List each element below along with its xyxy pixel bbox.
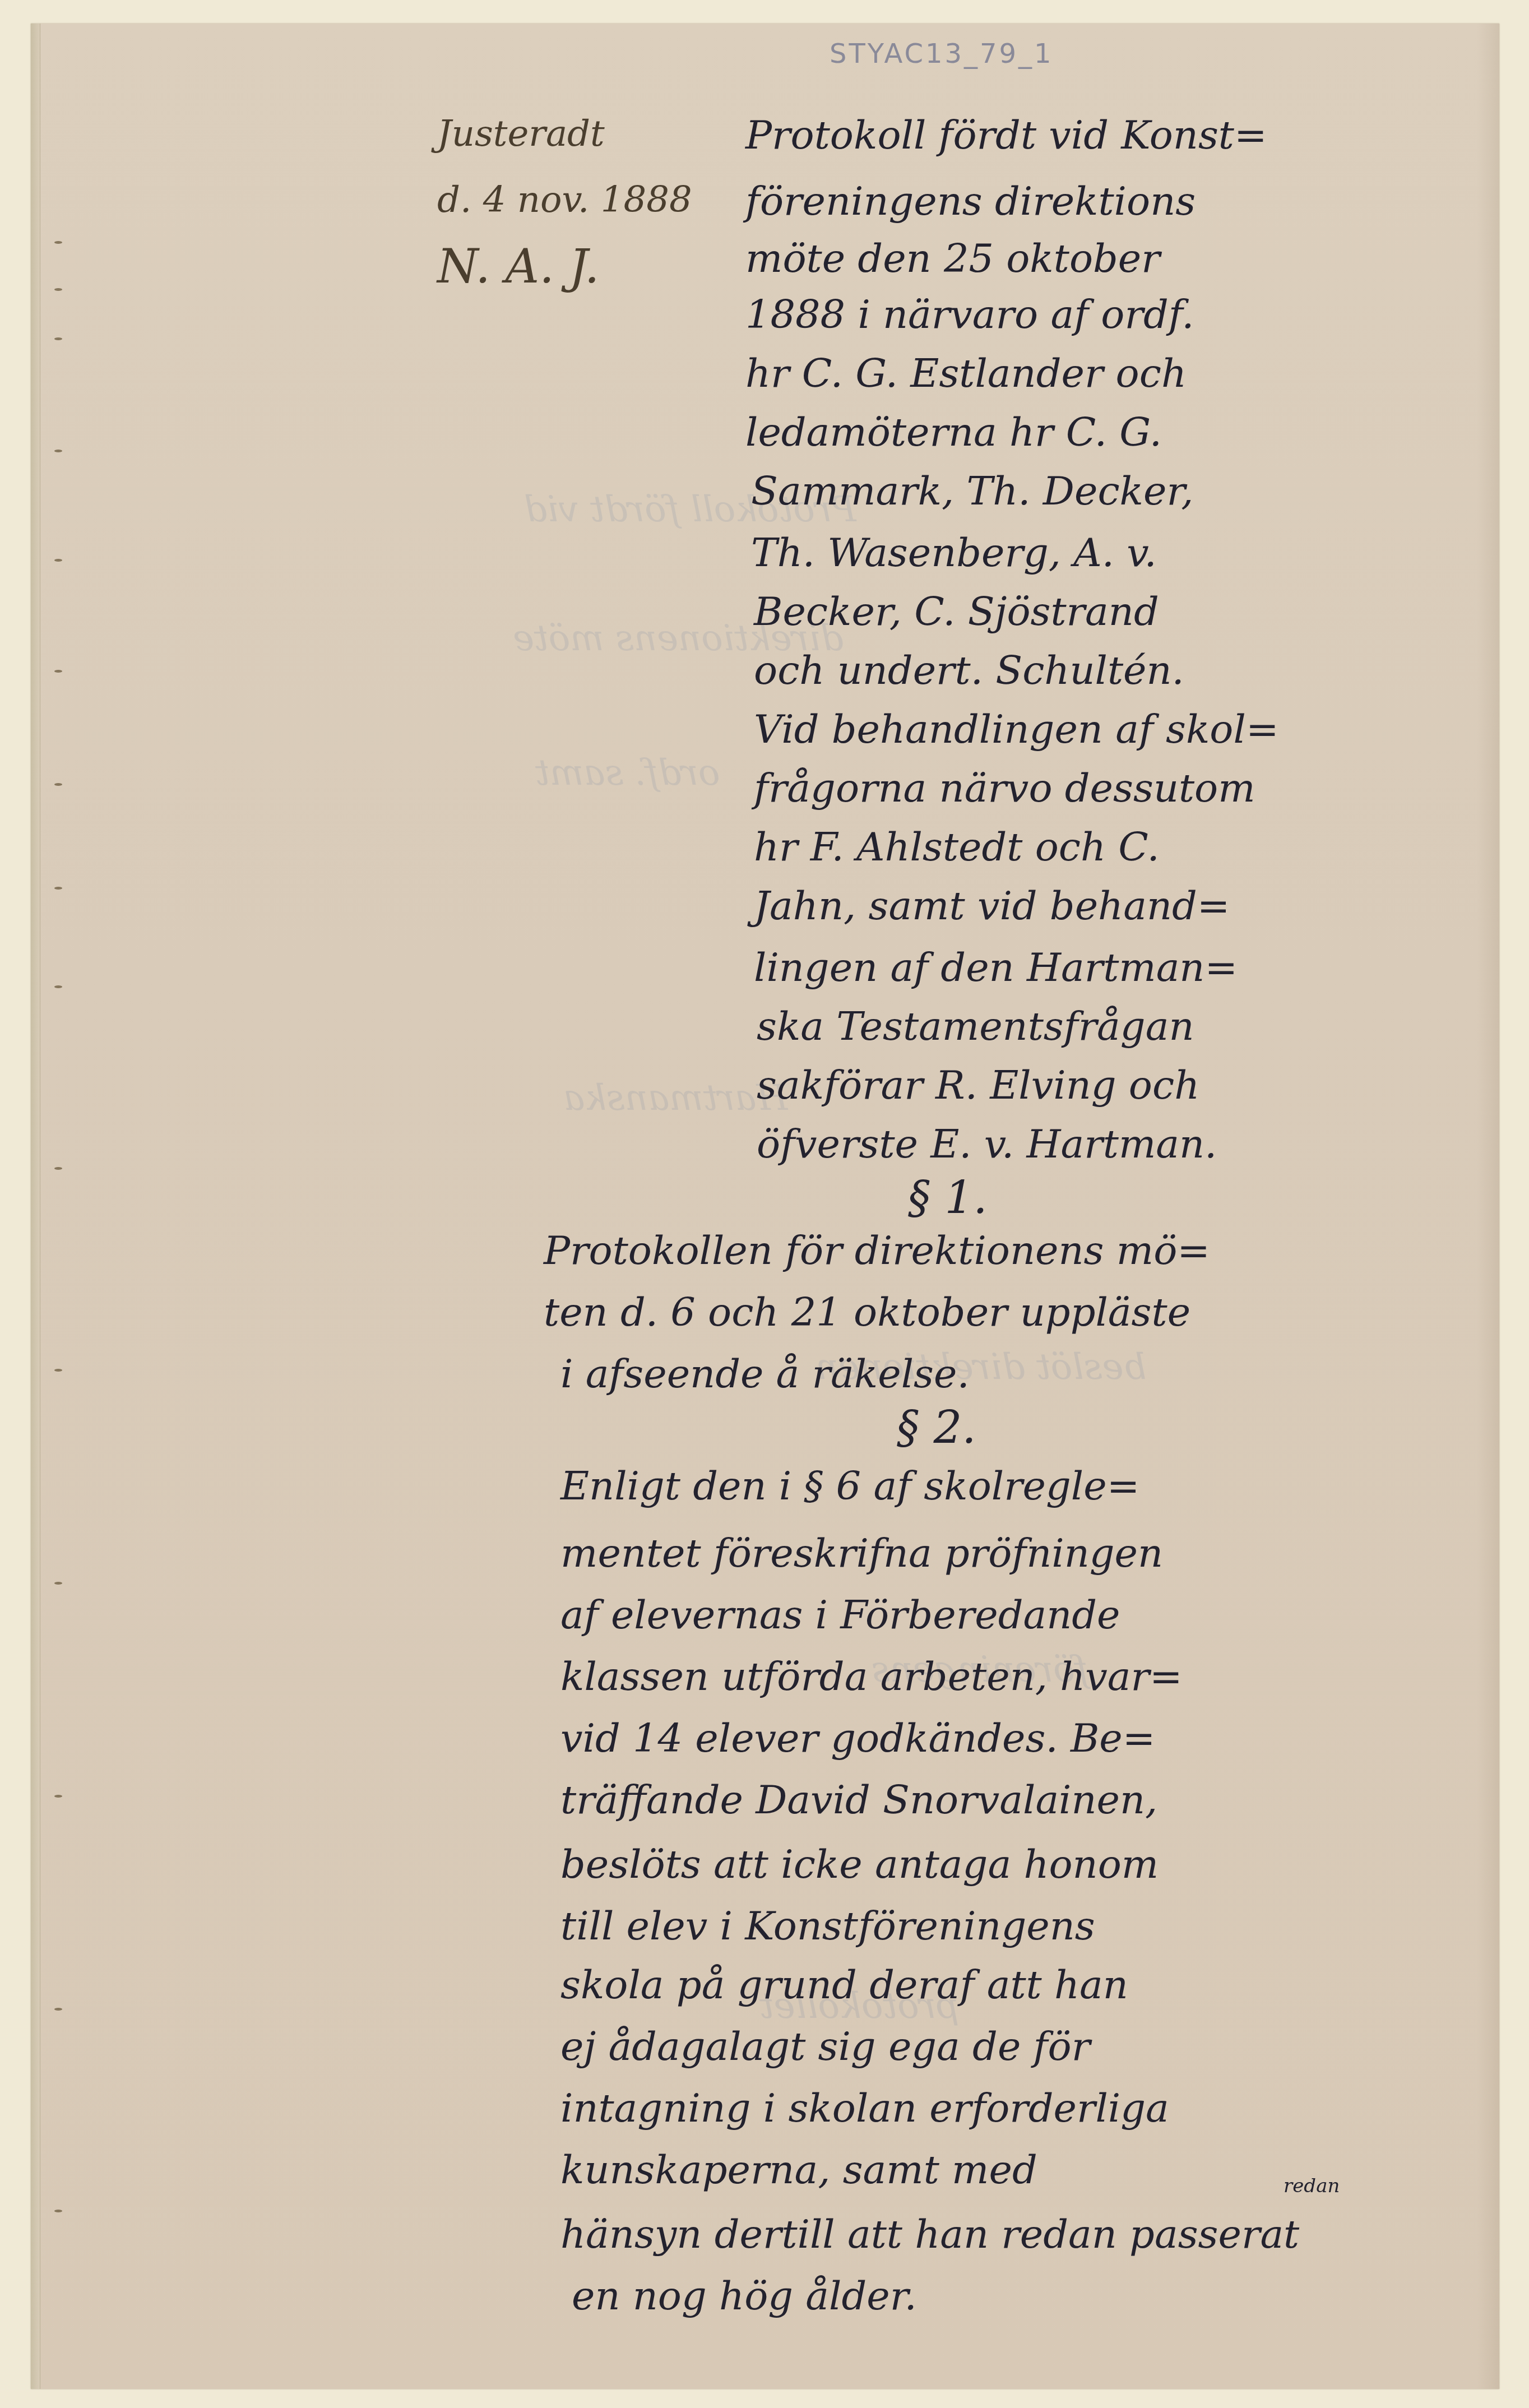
header-line: öfverste E. v. Hartman. [757,1121,1217,1167]
margin-approval-note: Justeradt d. 4 nov. 1888 N. A. J. [437,101,706,299]
binding-hole [54,1582,62,1585]
binding-hole [54,337,62,340]
header-line: möte den 25 oktober [745,235,1160,281]
section-2-line: af elevernas i Förberedande [560,1592,1120,1638]
section-2-line: kunskaperna, samt med [560,2147,1037,2193]
header-line: Jahn, samt vid behand= [754,883,1230,929]
section-2-line: intagning i skolan erforderliga [560,2085,1169,2131]
section-heading-1: § 1. [908,1171,988,1224]
binding-hole [54,241,62,244]
binding-hole [54,450,62,452]
section-2-line: en nog hög ålder. [572,2273,917,2319]
section-1-line: ten d. 6 och 21 oktober uppläste [544,1289,1190,1335]
binding-hole [54,1369,62,1372]
binding-hole [54,2210,62,2212]
header-line: Th. Wasenberg, A. v. [751,530,1157,576]
interlinear-insertion: redan [1284,2175,1340,2197]
binding-hole [54,670,62,673]
sheet-right-shadow [1477,24,1499,2389]
header-line: hr F. Ahlstedt och C. [754,824,1160,870]
section-2-line: klassen utförda arbeten, hvar= [560,1654,1183,1700]
header-line: ledamöterna hr C. G. [745,409,1162,455]
header-line: ska Testamentsfrågan [757,1003,1194,1049]
section-heading-2: § 2. [897,1401,976,1453]
section-1-line: i afseende å räkelse. [560,1351,970,1397]
header-line: Becker, C. Sjöstrand [754,589,1159,635]
section-2-line: Enligt den i § 6 af skolregle= [560,1463,1139,1509]
reverse-side-bleedthrough: ordf. samt [535,752,720,794]
header-line: lingen af den Hartman= [754,944,1238,990]
binding-hole [54,559,62,562]
header-line: frågorna närvo dessutom [754,765,1255,811]
reverse-side-bleedthrough: Hartmanska [563,1077,787,1119]
section-2-line: till elev i Konstföreningens [560,1903,1095,1949]
header-line: föreningens direktions [745,178,1196,224]
header-line: Protokoll fördt vid Konst= [745,112,1267,158]
header-line: Sammark, Th. Decker, [751,468,1193,514]
header-line: och undert. Schultén. [754,647,1184,693]
binding-hole [54,783,62,786]
binding-hole [54,1795,62,1798]
section-2-line: beslöts att icke antaga honom [560,1841,1159,1887]
margin-note-line: N. A. J. [437,233,706,299]
margin-note-line: Justeradt [437,101,706,167]
header-line: hr C. G. Estlander och [745,350,1187,396]
section-2-line: hänsyn dertill att han redan passerat [560,2211,1299,2257]
section-1-line: Protokollen för direktionens mö= [544,1228,1210,1274]
archive-reference-label: STYAC13_79_1 [830,38,1054,70]
section-2-line: mentet föreskrifna pröfningen [560,1530,1163,1576]
binding-hole [54,887,62,890]
section-2-line: vid 14 elever godkändes. Be= [560,1715,1155,1761]
binding-hole [54,2008,62,2011]
binding-hole [54,985,62,988]
header-line: 1888 i närvaro af ordf. [745,291,1194,337]
torn-binding-edge [31,24,40,2389]
margin-note-line: d. 4 nov. 1888 [437,167,706,233]
header-line: sakförar R. Elving och [757,1062,1199,1108]
section-2-line: träffande David Snorvalainen, [560,1777,1157,1823]
section-2-line: ej ådagalagt sig ega de för [560,2023,1090,2069]
binding-hole [54,288,62,291]
header-line: Vid behandlingen af skol= [754,706,1279,752]
binding-hole [54,1167,62,1170]
section-2-line: skola på grund deraf att han [560,1962,1128,2008]
